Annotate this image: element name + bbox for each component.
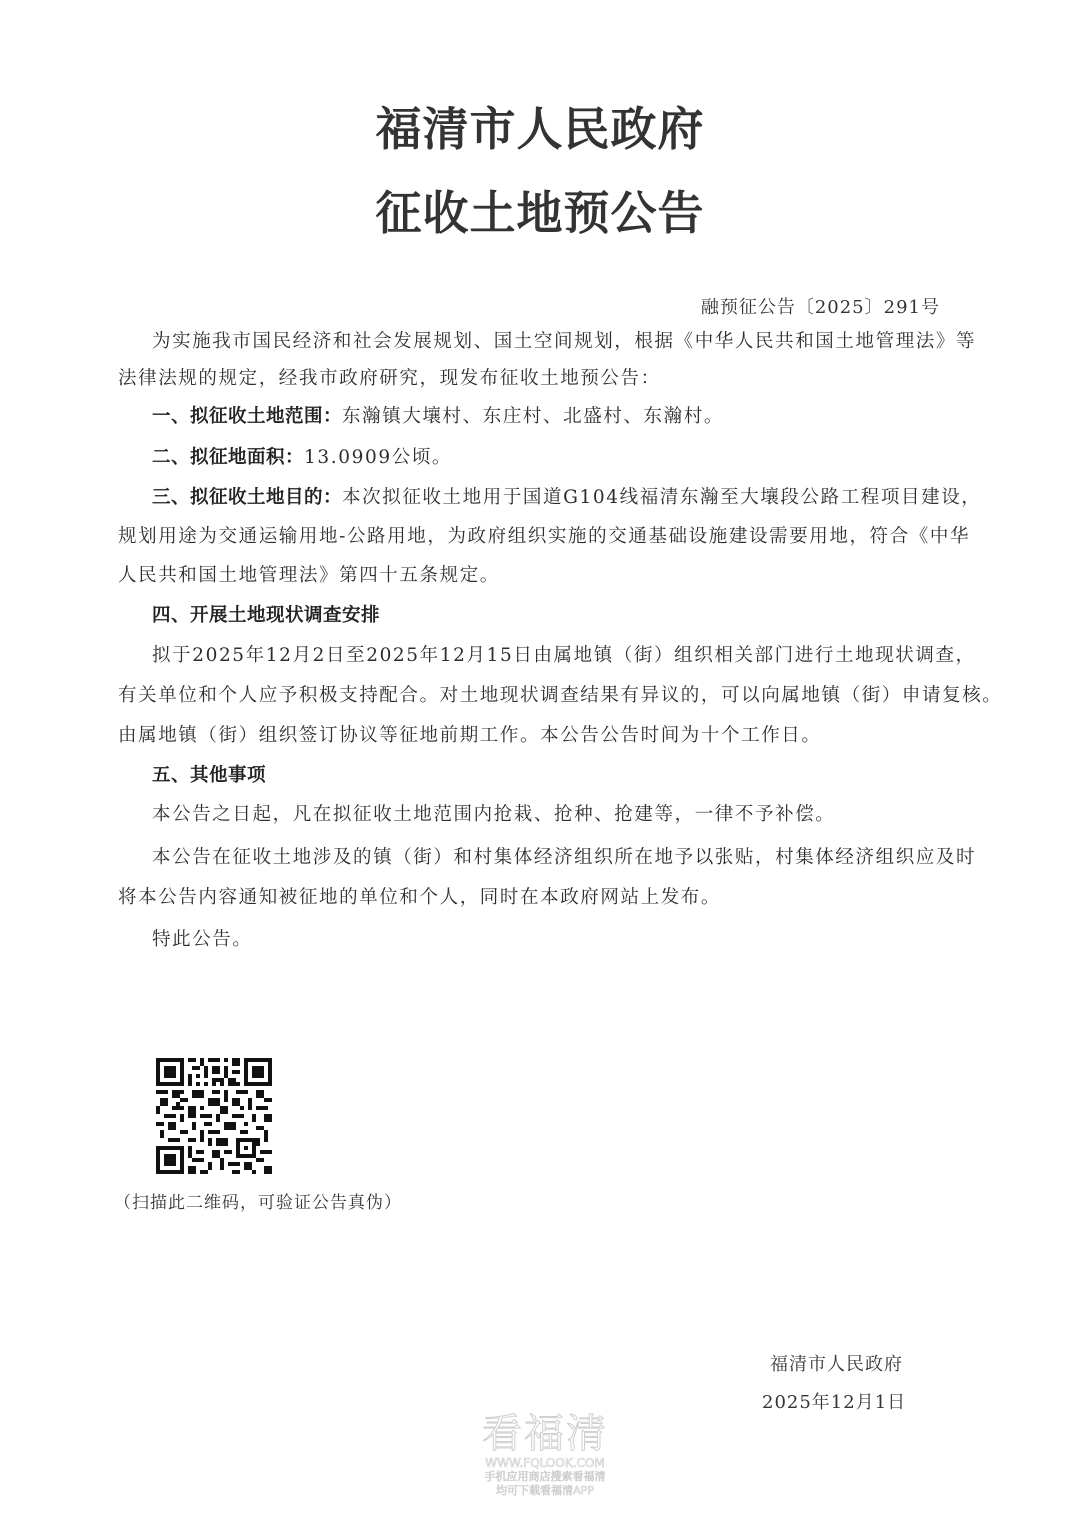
- section-3-line-2: 规划用途为交通运输用地-公路用地，为政府组织实施的交通基础设施建设需要用地，符合…: [118, 528, 970, 547]
- section-2-text: 13.0909公顷。: [304, 447, 452, 468]
- watermark: 看福清 WWW.FQLOOK.COM 手机应用商店搜索看福清 均可下载看福清AP…: [470, 1412, 620, 1498]
- section-3-heading: 三、拟征收土地目的：: [152, 487, 342, 508]
- section-4-line-1: 拟于2025年12月2日至2025年12月15日由属地镇（街）组织相关部门进行土…: [152, 647, 976, 666]
- closing-text: 特此公告。: [152, 931, 253, 950]
- notice-title: 征收土地预公告: [0, 190, 1080, 236]
- section-1-heading: 一、拟征收土地范围：: [152, 406, 342, 427]
- intro-line-1: 为实施我市国民经济和社会发展规划、国土空间规划，根据《中华人民共和国土地管理法》…: [152, 333, 976, 352]
- qr-caption: （扫描此二维码，可验证公告真伪）: [114, 1188, 402, 1213]
- section-5-line-2: 本公告在征收土地涉及的镇（街）和村集体经济组织所在地予以张贴，村集体经济组织应及…: [152, 849, 976, 868]
- issuer-title: 福清市人民政府: [0, 106, 1080, 152]
- issue-date: 2025年12月1日: [762, 1388, 906, 1414]
- watermark-url: WWW.FQLOOK.COM: [470, 1456, 620, 1470]
- section-3-text: 本次拟征收土地用于国道G104线福清东瀚至大壤段公路工程项目建设，: [342, 487, 981, 508]
- document-number: 融预征公告〔2025〕291号: [701, 293, 940, 319]
- section-1-text: 东瀚镇大壤村、东庄村、北盛村、东瀚村。: [342, 406, 724, 427]
- section-3-line-1: 三、拟征收土地目的：本次拟征收土地用于国道G104线福清东瀚至大壤段公路工程项目…: [152, 489, 981, 508]
- section-2-heading: 二、拟征地面积：: [152, 447, 304, 468]
- section-4-heading: 四、开展土地现状调查安排: [152, 607, 380, 626]
- section-5-line-3: 将本公告内容通知被征地的单位和个人，同时在本政府网站上发布。: [118, 889, 721, 908]
- section-4-line-3: 由属地镇（街）组织签订协议等征地前期工作。本公告公告时间为十个工作日。: [118, 727, 822, 746]
- section-3-line-3: 人民共和国土地管理法》第四十五条规定。: [118, 567, 500, 586]
- issuer-signature: 福清市人民政府: [770, 1350, 903, 1376]
- section-4-line-2: 有关单位和个人应予积极支持配合。对土地现状调查结果有异议的，可以向属地镇（街）申…: [118, 687, 1002, 706]
- section-5-line-1: 本公告之日起，凡在拟征收土地范围内抢栽、抢种、抢建等，一律不予补偿。: [152, 806, 835, 825]
- watermark-logo: 看福清: [470, 1412, 620, 1456]
- section-2: 二、拟征地面积：13.0909公顷。: [152, 449, 452, 468]
- qr-code-icon[interactable]: [156, 1058, 272, 1174]
- watermark-line-1: 手机应用商店搜索看福清: [470, 1470, 620, 1484]
- intro-line-2: 法律法规的规定，经我市政府研究，现发布征收土地预公告：: [118, 370, 661, 389]
- section-5-heading: 五、其他事项: [152, 767, 266, 786]
- watermark-line-2: 均可下载看福清APP: [470, 1484, 620, 1498]
- section-1: 一、拟征收土地范围：东瀚镇大壤村、东庄村、北盛村、东瀚村。: [152, 408, 724, 427]
